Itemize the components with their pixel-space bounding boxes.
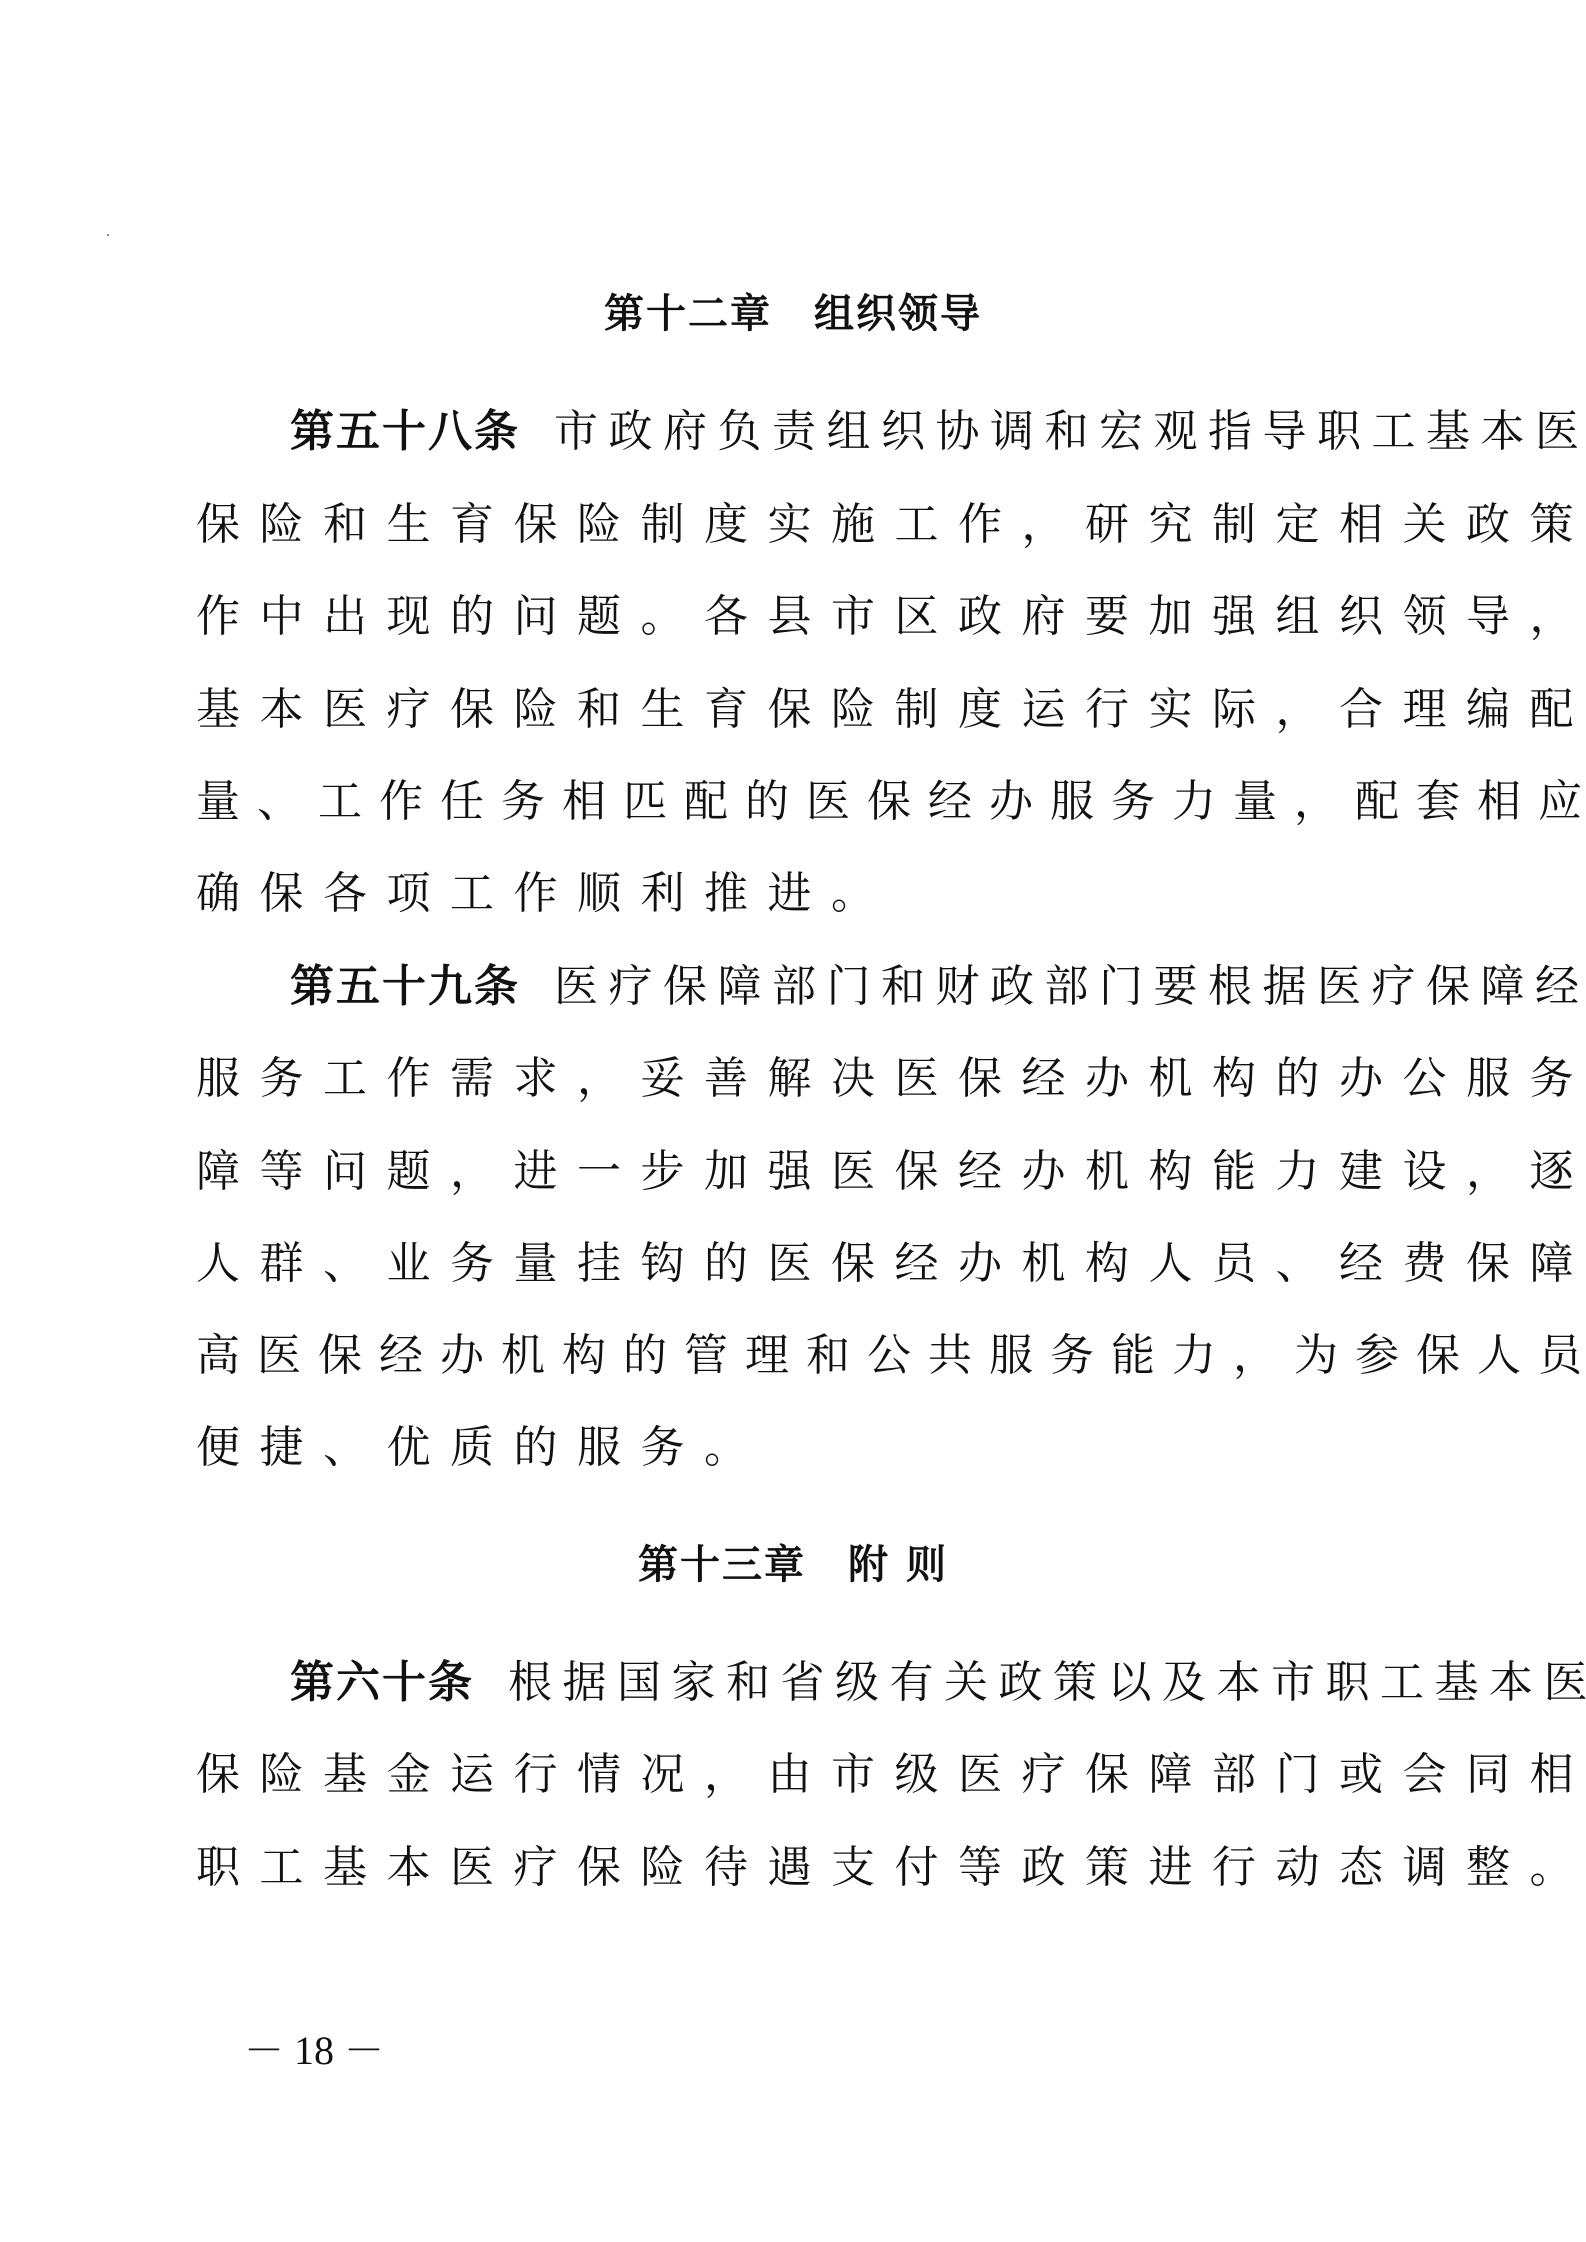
- scan-artifact: [107, 234, 109, 236]
- article-60-line-1: 第六十条根据国家和省级有关政策以及本市职工基本医疗: [290, 1653, 1500, 1713]
- article-number: 第五十九条: [290, 961, 520, 1012]
- document-page: 第十二章 组织领导 第五十八条市政府负责组织协调和宏观指导职工基本医疗 保险和生…: [0, 0, 1586, 2242]
- article-59-line-6: 便捷、优质的服务。: [196, 1418, 1406, 1478]
- article-59-line-3: 障等问题，进一步加强医保经办机构能力建设，逐步建立与服务: [196, 1142, 1406, 1202]
- article-59-line-5: 高医保经办机构的管理和公共服务能力，为参保人员提供高效、: [196, 1326, 1406, 1386]
- article-58-line-6: 确保各项工作顺利推进。: [196, 864, 1406, 924]
- article-58-line-4: 基本医疗保险和生育保险制度运行实际，合理编配与参保人员数: [196, 680, 1406, 740]
- article-59-line-4: 人群、业务量挂钩的医保经办机构人员、经费保障机制，切实提: [196, 1234, 1406, 1294]
- article-58-line-3: 作中出现的问题。各县市区政府要加强组织领导，按照辖区职工: [196, 587, 1406, 647]
- article-59-line-2: 服务工作需求，妥善解决医保经办机构的办公服务场所及经费保: [196, 1049, 1406, 1109]
- article-58-line-1: 第五十八条市政府负责组织协调和宏观指导职工基本医疗: [290, 402, 1500, 462]
- article-number: 第五十八条: [290, 406, 520, 457]
- chapter-title-12: 第十二章 组织领导: [0, 284, 1586, 344]
- article-60-line-3: 职工基本医疗保险待遇支付等政策进行动态调整。: [196, 1838, 1406, 1898]
- article-59-line-1: 第五十九条医疗保障部门和财政部门要根据医疗保障经办: [290, 957, 1500, 1017]
- article-58-line-2: 保险和生育保险制度实施工作，研究制定相关政策，协调解决工: [196, 495, 1406, 555]
- page-number: － 18 －: [244, 2026, 384, 2076]
- article-58-line-5: 量、工作任务相匹配的医保经办服务力量，配套相应的财政资金，: [196, 772, 1406, 832]
- chapter-title-13: 第十三章 附 则: [0, 1535, 1586, 1595]
- article-number: 第六十条: [290, 1657, 474, 1708]
- article-60-line-2: 保险基金运行情况，由市级医疗保障部门或会同相关部门适时对: [196, 1745, 1406, 1805]
